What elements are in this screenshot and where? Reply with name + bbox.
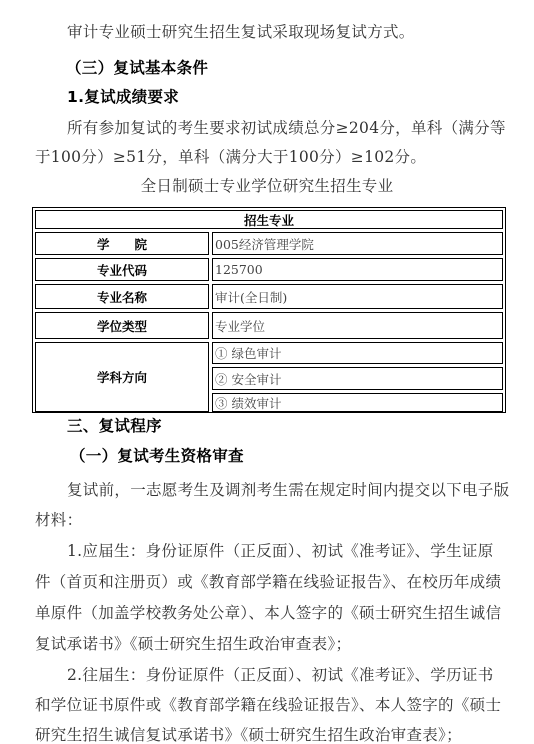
fresh-grad-line-4: 复试承诺书》《硕士研究生招生政治审查表》； [35,634,351,654]
table-header: 招生专业 [35,210,503,229]
row-value-degree-type: 专业学位 [212,312,503,339]
row-label-major-code: 专业代码 [35,258,209,281]
table-caption: 全日制硕士专业学位研究生招生专业 [0,176,534,196]
heading-score-requirement: 1.复试成绩要求 [67,87,179,107]
heading-section-3: （三）复试基本条件 [66,58,208,78]
qualification-line-2: 材料： [35,510,82,530]
past-grad-line-2: 和学位证书原件或《教育部学籍在线验证报告》、本人签字的《硕士 [35,695,501,715]
majors-table: 招生专业 学 院 005经济管理学院 专业代码 125700 专业名称 审计(全… [32,207,506,413]
row-value-major-name: 审计(全日制) [212,284,503,309]
past-grad-line-3: 研究生招生诚信复试承诺书》《硕士研究生招生政治审查表》； [35,725,462,744]
row-label-degree-type: 学位类型 [35,312,209,339]
fresh-grad-line-1: 1.应届生：身份证原件（正反面）、初试《准考证》、学生证原 [67,541,494,561]
past-grad-line-1: 2.往届生：身份证原件（正反面）、初试《准考证》、学历证书 [67,665,494,685]
score-requirement-line-1: 所有参加复试的考生要求初试成绩总分≥204分，单科（满分等 [67,118,506,138]
fresh-grad-line-3: 单原件（加盖学校教务处公章）、本人签字的《硕士研究生招生诚信 [35,603,501,623]
row-label-major-name: 专业名称 [35,284,209,309]
direction-item-2: ② 安全审计 [212,367,503,390]
row-label-directions: 学科方向 [35,342,209,412]
fresh-grad-line-2: 件（首页和注册页）或《教育部学籍在线验证报告》、在校历年成绩 [35,572,501,592]
row-value-college: 005经济管理学院 [212,232,503,255]
qualification-line-1: 复试前，一志愿考生及调剂考生需在规定时间内提交以下电子版 [67,480,509,500]
score-requirement-line-2: 于100分）≥51分，单科（满分大于100分）≥102分。 [35,147,426,167]
heading-procedure: 三、复试程序 [67,416,162,436]
row-label-college: 学 院 [35,232,209,255]
direction-item-3: ③ 绩效审计 [212,393,503,412]
paragraph-intro: 审计专业硕士研究生招生复试采取现场复试方式。 [67,22,415,42]
heading-qualification-review: （一）复试考生资格审查 [70,446,244,466]
row-value-major-code: 125700 [212,258,503,281]
direction-item-1: ① 绿色审计 [212,342,503,364]
